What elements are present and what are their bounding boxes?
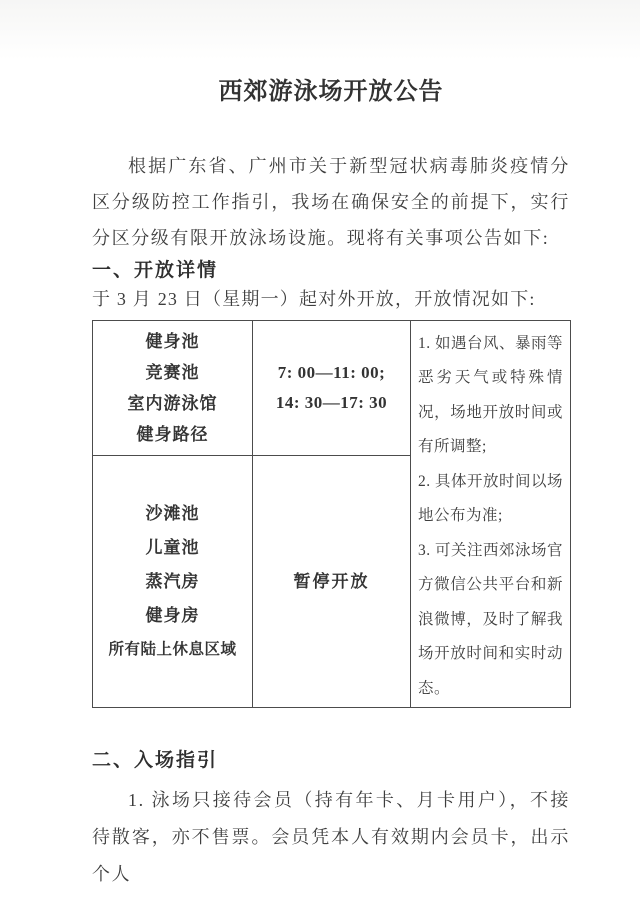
facility-name: 健身路径 xyxy=(93,419,252,450)
note-item: 2. 具体开放时间以场地公布为准; xyxy=(411,465,570,534)
facility-name: 儿童池 xyxy=(93,531,252,565)
open-hours-afternoon: 14: 30—17: 30 xyxy=(253,388,410,418)
notice-page: 西郊游泳场开放公告 根据广东省、广州市关于新型冠状病毒肺炎疫情分区分级防控工作指… xyxy=(0,0,640,905)
facility-name: 健身池 xyxy=(93,326,252,357)
section2-paragraph: 1. 泳场只接待会员（持有年卡、月卡用户），不接待散客，亦不售票。会员凭本人有效… xyxy=(92,782,570,893)
section2-heading: 二、入场指引 xyxy=(92,748,570,774)
open-hours-morning: 7: 00—11: 00; xyxy=(253,358,410,388)
opening-schedule-table: 健身池 竞赛池 室内游泳馆 健身路径 7: 00—11: 00; 14: 30—… xyxy=(92,320,571,708)
facility-name: 所有陆上休息区域 xyxy=(93,633,252,667)
facility-name: 竞赛池 xyxy=(93,357,252,388)
closed-facilities-cell: 沙滩池 儿童池 蒸汽房 健身房 所有陆上休息区域 xyxy=(93,456,253,708)
facility-name: 蒸汽房 xyxy=(93,565,252,599)
suspended-label: 暂停开放 xyxy=(253,567,410,597)
section1-heading: 一、开放详情 xyxy=(92,258,570,284)
note-item: 1. 如遇台风、暴雨等恶劣天气或特殊情况，场地开放时间或有所调整; xyxy=(411,322,570,465)
facility-name: 沙滩池 xyxy=(93,497,252,531)
intro-paragraph: 根据广东省、广州市关于新型冠状病毒肺炎疫情分区分级防控工作指引，我场在确保安全的… xyxy=(92,148,570,256)
section1-lead: 于 3 月 23 日（星期一）起对外开放，开放情况如下: xyxy=(92,284,570,314)
notes-cell: 1. 如遇台风、暴雨等恶劣天气或特殊情况，场地开放时间或有所调整; 2. 具体开… xyxy=(411,321,571,708)
document-title: 西郊游泳场开放公告 xyxy=(92,76,570,108)
suspended-cell: 暂停开放 xyxy=(253,456,411,708)
open-facilities-cell: 健身池 竞赛池 室内游泳馆 健身路径 xyxy=(93,321,253,456)
open-hours-cell: 7: 00—11: 00; 14: 30—17: 30 xyxy=(253,321,411,456)
table-row-open-facilities: 健身池 竞赛池 室内游泳馆 健身路径 7: 00—11: 00; 14: 30—… xyxy=(93,321,571,456)
facility-name: 室内游泳馆 xyxy=(93,388,252,419)
note-item: 3. 可关注西郊泳场官方微信公共平台和新浪微博，及时了解我场开放时间和实时动态。 xyxy=(411,534,570,707)
facility-name: 健身房 xyxy=(93,599,252,633)
